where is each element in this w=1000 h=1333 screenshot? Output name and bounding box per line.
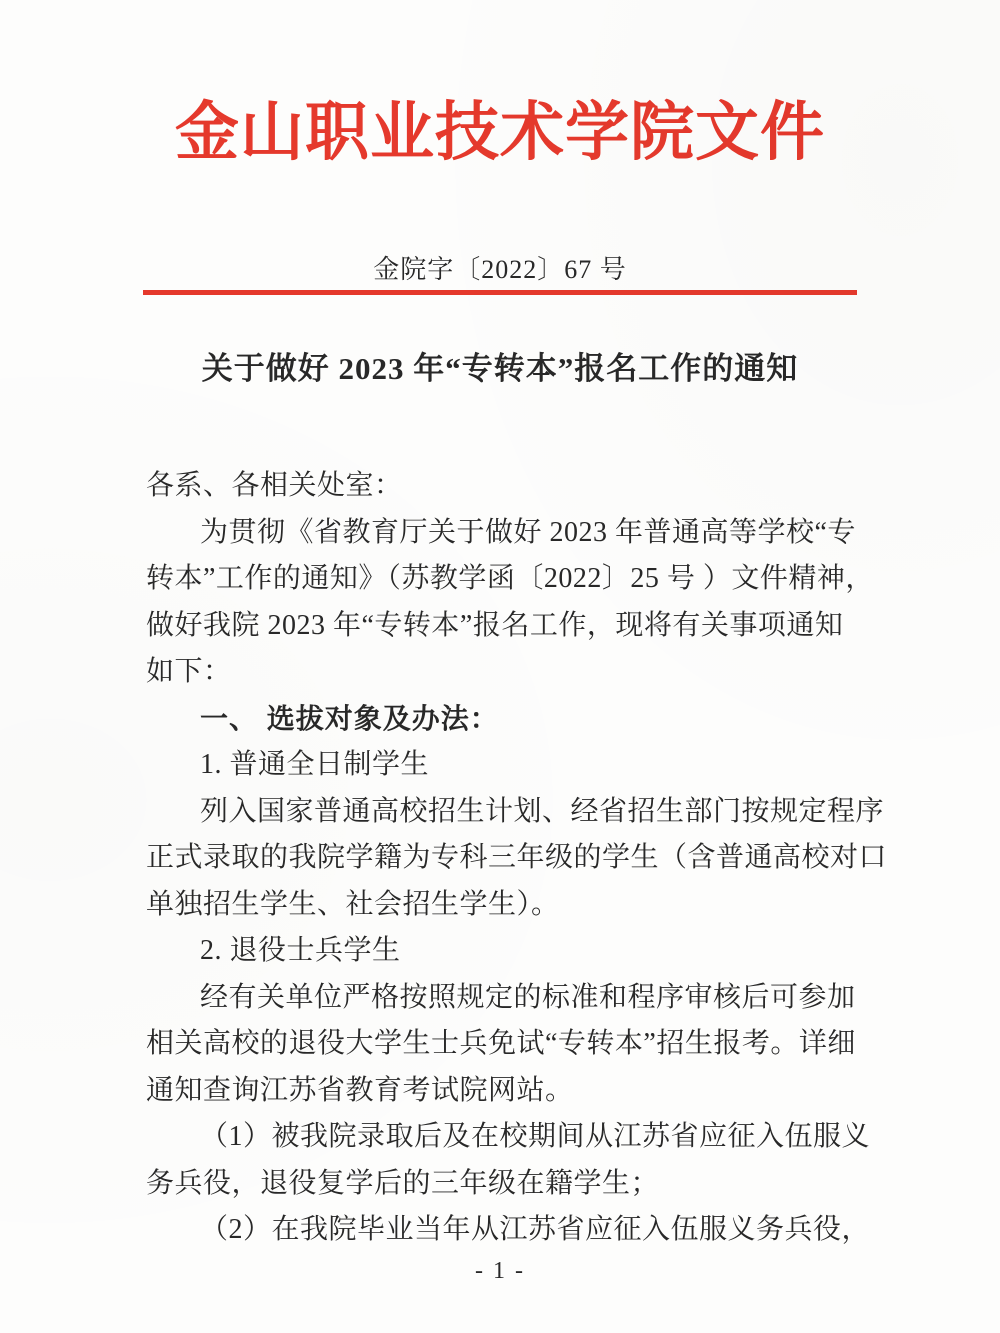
page-number: - 1 -	[0, 1257, 1000, 1285]
body-text-line: 转本”工作的通知》（苏教学函〔2022〕25 号 ）文件精神，	[146, 556, 854, 603]
body-text-line: （2）在我院毕业当年从江苏省应征入伍服义务兵役，	[146, 1207, 854, 1254]
body-text-line: 2. 退役士兵学生	[146, 928, 854, 975]
body-text-line: 通知查询江苏省教育考试院网站。	[146, 1068, 854, 1115]
body-text-line: 为贯彻《省教育厅关于做好 2023 年普通高等学校“专	[146, 510, 854, 557]
body-text-line: 列入国家普通高校招生计划、经省招生部门按规定程序	[146, 789, 854, 836]
notice-title: 关于做好 2023 年“专转本”报名工作的通知	[0, 351, 1000, 387]
body-text-line: 务兵役，退役复学后的三年级在籍学生；	[146, 1161, 854, 1208]
organization-header-title: 金山职业技术学院文件	[0, 86, 1000, 180]
section-heading-line: 一、 选拔对象及办法：	[146, 696, 854, 743]
document-number: 金院字〔2022〕67 号	[0, 254, 1000, 286]
body-text-line: 如下：	[146, 649, 854, 696]
scanned-document-page: 金山职业技术学院文件 金院字〔2022〕67 号 关于做好 2023 年“专转本…	[0, 0, 1000, 1333]
body-text-line: 1. 普通全日制学生	[146, 742, 854, 789]
body-text-line: （1）被我院录取后及在校期间从江苏省应征入伍服义	[146, 1114, 854, 1161]
body-text-line: 相关高校的退役大学生士兵免试“专转本”招生报考。详细	[146, 1021, 854, 1068]
body-text-line: 各系、各相关处室：	[146, 463, 854, 510]
document-body: 各系、各相关处室：为贯彻《省教育厅关于做好 2023 年普通高等学校“专转本”工…	[146, 463, 854, 1254]
body-text-line: 经有关单位严格按照规定的标准和程序审核后可参加	[146, 975, 854, 1022]
body-text-line: 正式录取的我院学籍为专科三年级的学生（含普通高校对口	[146, 835, 854, 882]
red-divider-line	[143, 290, 857, 295]
body-text-line: 做好我院 2023 年“专转本”报名工作，现将有关事项通知	[146, 603, 854, 650]
body-text-line: 单独招生学生、社会招生学生）。	[146, 882, 854, 929]
